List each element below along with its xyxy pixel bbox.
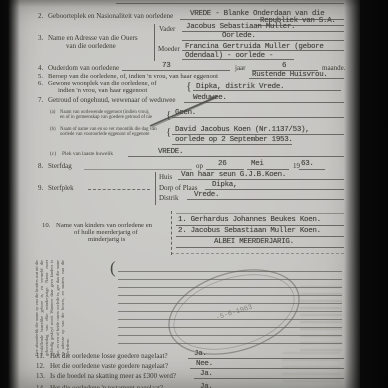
item6-label-line2: indien 'n vrou, van haar eggenoot <box>58 87 147 94</box>
item8-month-value: Mei <box>251 160 264 168</box>
item9-huis-label: Huis <box>159 173 172 181</box>
item9-dorp-value: Dipka, <box>212 181 237 189</box>
death-notice-scan: 2. Geboorteplek en Nasionaliteit van oor… <box>0 0 388 388</box>
item7b-label-line2: oorlede van vooroorlede eggenoot of egge… <box>60 132 149 137</box>
item9-dorp-rule <box>205 189 344 190</box>
item12-value: Nee. <box>196 360 213 368</box>
top-shadow <box>0 0 388 7</box>
item10-bottom-rule <box>171 253 344 254</box>
item6-underline <box>193 90 341 91</box>
item10-child2: 2. Jacobus Sebastiaan Muller Koen. <box>178 227 321 235</box>
item7-number: 7. <box>38 96 43 104</box>
item6-number: 6. <box>38 80 43 87</box>
item10-rule1 <box>176 225 344 226</box>
item8-op-label: op <box>196 162 203 170</box>
item3-number: 3. <box>38 34 43 42</box>
left-black-edge <box>0 0 20 388</box>
item11-value: Ja. <box>194 350 207 358</box>
item9-distrik-label: Distrik <box>159 194 178 202</box>
item8-label: Sterfdag <box>48 162 72 170</box>
item7b-underline1 <box>172 134 344 135</box>
item10-label-line1: Name van kinders van oorledene en <box>56 222 152 229</box>
item9-dashes <box>88 189 150 190</box>
item7b-number: (b) <box>50 127 56 132</box>
item7c-number: (c) <box>50 151 56 157</box>
item4-jaar-label: jaar <box>235 64 246 72</box>
item3-label-line2: van die oorledene <box>66 42 116 50</box>
item5-number: 5. <box>38 73 43 80</box>
item8-day-rule <box>206 169 244 170</box>
item7b-value-line2: oorlede op 2 September 1953. <box>175 136 293 144</box>
item9-dorp-label: Dorp of Plaas <box>159 184 198 192</box>
item3-rule3 <box>182 50 344 51</box>
item7c-underline <box>128 156 344 157</box>
item11-number: 11. <box>36 352 45 360</box>
item13-label: Is die boedel na skatting meer as £300 w… <box>50 372 176 380</box>
item7a-number: (a) <box>50 110 55 115</box>
item7-value: Weduwee. <box>193 94 227 102</box>
item11-underline <box>188 358 344 359</box>
item9-distrik-value: Vrede. <box>194 191 219 199</box>
item12-number: 12. <box>36 362 45 370</box>
item10-rule2 <box>176 236 344 237</box>
item7a-label-line2: en of in gemeenskap van goedere getroud … <box>60 115 152 120</box>
item12-underline <box>190 368 344 369</box>
item10-rule3 <box>176 247 344 248</box>
item5-label: Beroep van die oorledene, of, indien 'n … <box>48 73 218 80</box>
item9-distrik-rule <box>187 199 344 200</box>
item8-leader-rule <box>84 169 192 170</box>
right-black-edge <box>344 0 388 388</box>
item7-underline <box>184 102 344 103</box>
margin-instruction-text: Gee afsonderlik die name op van die kind… <box>34 260 70 356</box>
item7c-value: VREDE. <box>158 148 183 156</box>
item7b-value-line1: David Jacobus Koen (Nr.1137/53), <box>175 126 309 134</box>
item10-top-rule <box>176 213 344 214</box>
margin-instruction-note: Gee afsonderlik die name op van die kind… <box>34 260 80 356</box>
item7a-underline <box>172 117 344 118</box>
item3-moeder-label: Moeder <box>158 45 180 53</box>
item8-day-value: 26 <box>218 160 226 168</box>
item8-month-rule <box>247 169 289 170</box>
item4-rule-years <box>122 70 230 71</box>
item14-number: 14. <box>36 384 45 388</box>
item9-divider <box>155 172 156 205</box>
item5-underline <box>249 78 344 79</box>
item10-divider <box>171 211 172 255</box>
item8-year-value: 63. <box>301 160 314 168</box>
item10-number: 10. <box>42 222 50 229</box>
item11-label: Het die oorledene losse goedere nagelaat… <box>50 352 168 360</box>
item10-label-line2: of hulle meerderjarig of <box>74 229 138 236</box>
item7a-value: Geen. <box>175 109 196 117</box>
item3-label-line1: Name en Adresse van die Ouers <box>48 34 138 42</box>
item14-label: Het die oorledene 'n testament nagelaat? <box>50 384 163 388</box>
item4-months-value: 6 <box>282 62 286 70</box>
item2-number: 2. <box>38 12 43 20</box>
item13-underline <box>194 378 344 379</box>
item9-huis-rule <box>178 179 344 180</box>
item6-brace: { <box>186 79 192 94</box>
item3-vader-value: Jacobus Sebastiaan Muller. <box>186 23 295 31</box>
item12-label: Het die oorledene vaste goedere nagelaat… <box>50 362 168 370</box>
item8-year-rule <box>299 169 325 170</box>
item10-label-line3: minderjarig is <box>88 236 125 243</box>
item10-majority-note: ALBEI MEERDERJARIG. <box>214 238 294 246</box>
item3-rule1 <box>182 31 344 32</box>
item9-number: 9. <box>38 184 43 192</box>
notes-paren: ( <box>110 258 116 278</box>
item7c-label: Plek van laaste huwelik <box>62 151 113 157</box>
item7a-brace: { <box>166 109 171 121</box>
item6-label-line1: Gewone woonplek van die oorledene, of <box>48 80 156 87</box>
bleedthrough-smudge <box>300 286 342 352</box>
item9-huis-value: Van haar seun G.J.B.Koen. <box>181 171 286 179</box>
item8-number: 8. <box>38 162 43 170</box>
item2-label: Geboorteplek en Nasionaliteit van oorled… <box>48 12 173 20</box>
item14-value: Ja. <box>200 383 213 388</box>
item7b-brace: { <box>166 126 171 138</box>
item3-rule4 <box>182 59 294 60</box>
item3-divider <box>154 24 155 61</box>
item7-label: Getroud of ongehuud, wewenaar of weduwee <box>48 96 176 104</box>
item4-years-value: 73 <box>162 62 170 70</box>
item3-vader-value2: Oorlede. <box>222 32 256 40</box>
item9-label: Sterfplek <box>48 184 74 192</box>
item7b-underline2 <box>172 144 292 145</box>
item4-number: 4. <box>38 64 43 72</box>
item13-value: Ja. <box>200 370 213 378</box>
item3-rule2 <box>182 40 344 41</box>
item13-number: 13. <box>36 372 45 380</box>
item3-vader-label: Vader <box>159 25 175 33</box>
item10-child1: 1. Gerhardus Johannes Beukes Koen. <box>178 216 321 224</box>
item4-label: Ouderdom van oorledene <box>48 64 119 72</box>
